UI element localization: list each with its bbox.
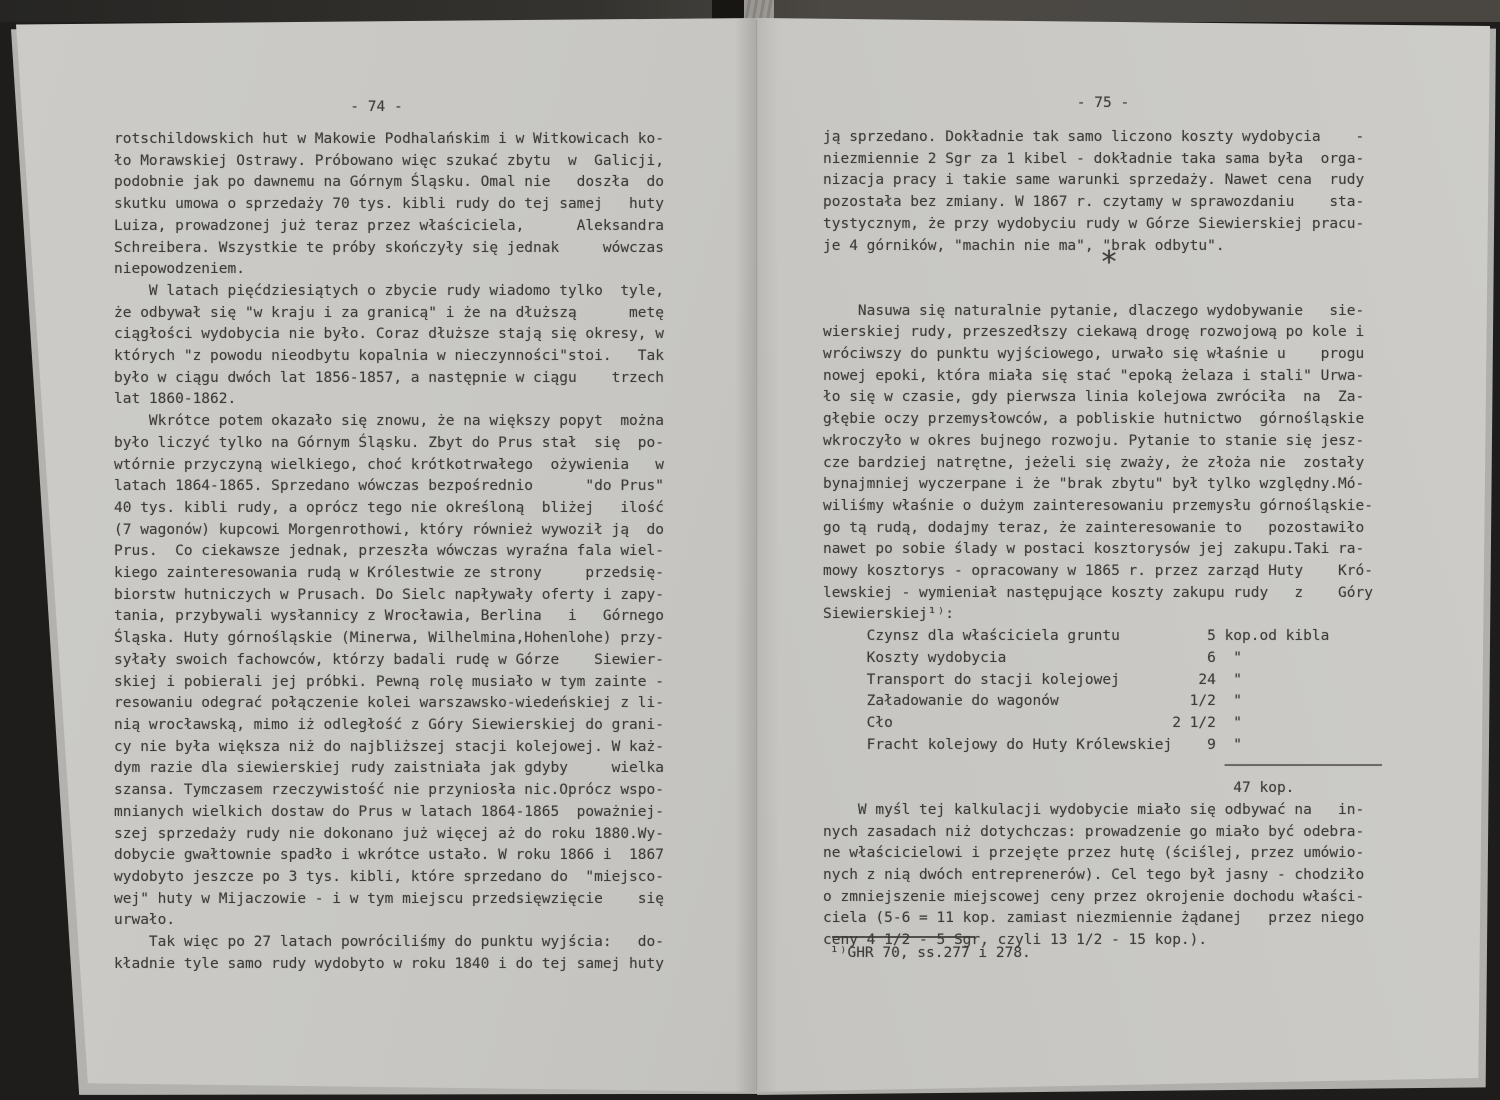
footnote-text: ¹⁾GHR 70, ss.277 i 278. <box>830 943 1031 965</box>
book-gutter-line <box>756 20 757 1090</box>
book-spine-headband <box>744 0 774 20</box>
left-page-text: rotschildowskich hut w Makowie Podhalańs… <box>114 129 664 975</box>
book-scan: - 74 - rotschildowskich hut w Makowie Po… <box>0 0 1500 1100</box>
right-page-number: - 75 - <box>823 93 1383 115</box>
book-gutter-shading <box>735 18 779 1092</box>
right-page-text: ją sprzedano. Dokładnie tak samo liczono… <box>823 127 1382 952</box>
footnote-rule <box>832 936 975 938</box>
left-page-number: - 74 - <box>98 97 655 119</box>
